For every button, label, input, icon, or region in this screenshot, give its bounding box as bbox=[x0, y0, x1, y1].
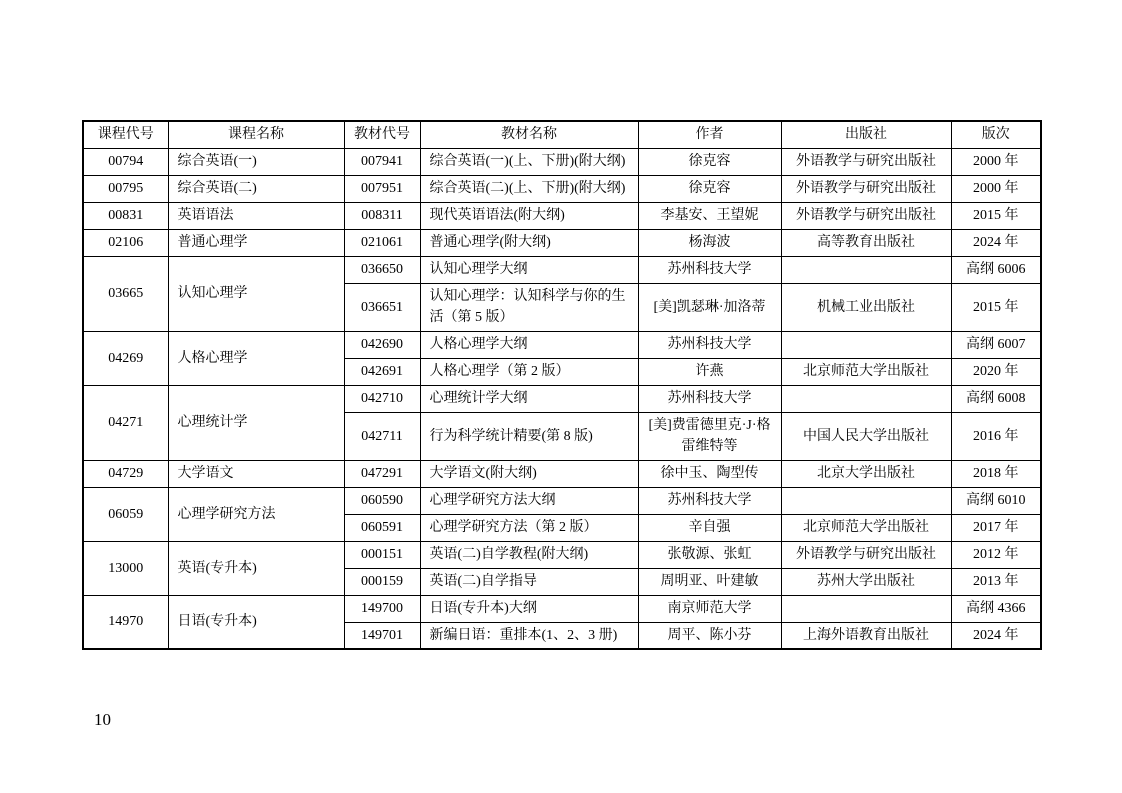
book-code-cell: 042711 bbox=[344, 412, 420, 460]
book-code-cell: 000151 bbox=[344, 541, 420, 568]
author-cell: 许燕 bbox=[638, 358, 781, 385]
course-name-cell: 普通心理学 bbox=[168, 229, 344, 256]
publisher-cell: 中国人民大学出版社 bbox=[781, 412, 951, 460]
author-cell: 苏州科技大学 bbox=[638, 256, 781, 283]
book-code-cell: 021061 bbox=[344, 229, 420, 256]
author-cell: 南京师范大学 bbox=[638, 595, 781, 622]
edition-cell: 2012 年 bbox=[951, 541, 1041, 568]
edition-cell: 2017 年 bbox=[951, 514, 1041, 541]
table-row: 13000英语(专升本)000151英语(二)自学教程(附大纲)张敬源、张虹外语… bbox=[83, 541, 1041, 568]
publisher-cell: 外语教学与研究出版社 bbox=[781, 148, 951, 175]
table-row: 00794综合英语(一)007941综合英语(一)(上、下册)(附大纲)徐克容外… bbox=[83, 148, 1041, 175]
course-name-cell: 英语(专升本) bbox=[168, 541, 344, 595]
edition-cell: 高纲 6010 bbox=[951, 487, 1041, 514]
header-edition: 版次 bbox=[951, 121, 1041, 148]
course-code-cell: 06059 bbox=[83, 487, 168, 541]
course-code-cell: 14970 bbox=[83, 595, 168, 649]
publisher-cell bbox=[781, 487, 951, 514]
edition-cell: 2024 年 bbox=[951, 229, 1041, 256]
document-page: 课程代号 课程名称 教材代号 教材名称 作者 出版社 版次 00794综合英语(… bbox=[0, 0, 1122, 793]
book-code-cell: 007951 bbox=[344, 175, 420, 202]
book-title-cell: 英语(二)自学指导 bbox=[420, 568, 638, 595]
book-title-cell: 人格心理学大纲 bbox=[420, 331, 638, 358]
publisher-cell: 机械工业出版社 bbox=[781, 283, 951, 331]
course-code-cell: 00794 bbox=[83, 148, 168, 175]
edition-cell: 2020 年 bbox=[951, 358, 1041, 385]
publisher-cell: 北京大学出版社 bbox=[781, 460, 951, 487]
book-title-cell: 认知心理学：认知科学与你的生活（第 5 版） bbox=[420, 283, 638, 331]
book-code-cell: 149701 bbox=[344, 622, 420, 649]
course-code-cell: 02106 bbox=[83, 229, 168, 256]
book-title-cell: 行为科学统计精要(第 8 版) bbox=[420, 412, 638, 460]
book-code-cell: 036650 bbox=[344, 256, 420, 283]
author-cell: 张敬源、张虹 bbox=[638, 541, 781, 568]
header-author: 作者 bbox=[638, 121, 781, 148]
publisher-cell: 高等教育出版社 bbox=[781, 229, 951, 256]
course-code-cell: 04271 bbox=[83, 385, 168, 460]
publisher-cell bbox=[781, 385, 951, 412]
book-code-cell: 060590 bbox=[344, 487, 420, 514]
book-code-cell: 047291 bbox=[344, 460, 420, 487]
book-title-cell: 大学语文(附大纲) bbox=[420, 460, 638, 487]
course-code-cell: 00831 bbox=[83, 202, 168, 229]
edition-cell: 2000 年 bbox=[951, 175, 1041, 202]
course-name-cell: 大学语文 bbox=[168, 460, 344, 487]
book-title-cell: 心理学研究方法（第 2 版） bbox=[420, 514, 638, 541]
course-name-cell: 综合英语(二) bbox=[168, 175, 344, 202]
table-row: 00831英语语法008311现代英语语法(附大纲)李基安、王望妮外语教学与研究… bbox=[83, 202, 1041, 229]
publisher-cell: 北京师范大学出版社 bbox=[781, 514, 951, 541]
edition-cell: 高纲 4366 bbox=[951, 595, 1041, 622]
header-book-code: 教材代号 bbox=[344, 121, 420, 148]
course-code-cell: 00795 bbox=[83, 175, 168, 202]
author-cell: 徐克容 bbox=[638, 175, 781, 202]
book-code-cell: 060591 bbox=[344, 514, 420, 541]
author-cell: 李基安、王望妮 bbox=[638, 202, 781, 229]
author-cell: 苏州科技大学 bbox=[638, 487, 781, 514]
book-title-cell: 人格心理学（第 2 版） bbox=[420, 358, 638, 385]
book-title-cell: 现代英语语法(附大纲) bbox=[420, 202, 638, 229]
table-row: 06059心理学研究方法060590心理学研究方法大纲苏州科技大学高纲 6010 bbox=[83, 487, 1041, 514]
table-row: 00795综合英语(二)007951综合英语(二)(上、下册)(附大纲)徐克容外… bbox=[83, 175, 1041, 202]
book-code-cell: 000159 bbox=[344, 568, 420, 595]
book-title-cell: 综合英语(二)(上、下册)(附大纲) bbox=[420, 175, 638, 202]
publisher-cell bbox=[781, 256, 951, 283]
textbook-table-body: 00794综合英语(一)007941综合英语(一)(上、下册)(附大纲)徐克容外… bbox=[83, 148, 1041, 649]
book-title-cell: 综合英语(一)(上、下册)(附大纲) bbox=[420, 148, 638, 175]
publisher-cell bbox=[781, 595, 951, 622]
publisher-cell: 北京师范大学出版社 bbox=[781, 358, 951, 385]
author-cell: 徐中玉、陶型传 bbox=[638, 460, 781, 487]
author-cell: 周平、陈小芬 bbox=[638, 622, 781, 649]
author-cell: 徐克容 bbox=[638, 148, 781, 175]
table-row: 04729大学语文047291大学语文(附大纲)徐中玉、陶型传北京大学出版社20… bbox=[83, 460, 1041, 487]
course-name-cell: 认知心理学 bbox=[168, 256, 344, 331]
page-number: 10 bbox=[94, 710, 111, 730]
course-name-cell: 心理学研究方法 bbox=[168, 487, 344, 541]
course-name-cell: 日语(专升本) bbox=[168, 595, 344, 649]
header-book-title: 教材名称 bbox=[420, 121, 638, 148]
book-title-cell: 英语(二)自学教程(附大纲) bbox=[420, 541, 638, 568]
book-code-cell: 042691 bbox=[344, 358, 420, 385]
table-header-row: 课程代号 课程名称 教材代号 教材名称 作者 出版社 版次 bbox=[83, 121, 1041, 148]
author-cell: [美]费雷德里克·J·格雷维特等 bbox=[638, 412, 781, 460]
course-code-cell: 04269 bbox=[83, 331, 168, 385]
course-code-cell: 03665 bbox=[83, 256, 168, 331]
textbook-table: 课程代号 课程名称 教材代号 教材名称 作者 出版社 版次 00794综合英语(… bbox=[82, 120, 1042, 650]
book-title-cell: 心理学研究方法大纲 bbox=[420, 487, 638, 514]
book-code-cell: 042690 bbox=[344, 331, 420, 358]
author-cell: 周明亚、叶建敏 bbox=[638, 568, 781, 595]
table-row: 04269人格心理学042690人格心理学大纲苏州科技大学高纲 6007 bbox=[83, 331, 1041, 358]
edition-cell: 高纲 6006 bbox=[951, 256, 1041, 283]
book-title-cell: 认知心理学大纲 bbox=[420, 256, 638, 283]
book-title-cell: 新编日语：重排本(1、2、3 册) bbox=[420, 622, 638, 649]
header-publisher: 出版社 bbox=[781, 121, 951, 148]
header-course-name: 课程名称 bbox=[168, 121, 344, 148]
course-name-cell: 心理统计学 bbox=[168, 385, 344, 460]
publisher-cell: 外语教学与研究出版社 bbox=[781, 202, 951, 229]
book-title-cell: 普通心理学(附大纲) bbox=[420, 229, 638, 256]
table-row: 04271心理统计学042710心理统计学大纲苏州科技大学高纲 6008 bbox=[83, 385, 1041, 412]
book-code-cell: 007941 bbox=[344, 148, 420, 175]
author-cell: [美]凯瑟琳·加洛蒂 bbox=[638, 283, 781, 331]
publisher-cell: 外语教学与研究出版社 bbox=[781, 541, 951, 568]
edition-cell: 高纲 6008 bbox=[951, 385, 1041, 412]
book-code-cell: 036651 bbox=[344, 283, 420, 331]
book-code-cell: 042710 bbox=[344, 385, 420, 412]
book-code-cell: 008311 bbox=[344, 202, 420, 229]
author-cell: 苏州科技大学 bbox=[638, 385, 781, 412]
author-cell: 杨海波 bbox=[638, 229, 781, 256]
edition-cell: 2000 年 bbox=[951, 148, 1041, 175]
publisher-cell: 上海外语教育出版社 bbox=[781, 622, 951, 649]
edition-cell: 2024 年 bbox=[951, 622, 1041, 649]
course-code-cell: 13000 bbox=[83, 541, 168, 595]
edition-cell: 2018 年 bbox=[951, 460, 1041, 487]
publisher-cell: 外语教学与研究出版社 bbox=[781, 175, 951, 202]
edition-cell: 2015 年 bbox=[951, 283, 1041, 331]
table-row: 14970日语(专升本)149700日语(专升本)大纲南京师范大学高纲 4366 bbox=[83, 595, 1041, 622]
table-row: 03665认知心理学036650认知心理学大纲苏州科技大学高纲 6006 bbox=[83, 256, 1041, 283]
publisher-cell: 苏州大学出版社 bbox=[781, 568, 951, 595]
course-name-cell: 综合英语(一) bbox=[168, 148, 344, 175]
book-code-cell: 149700 bbox=[344, 595, 420, 622]
book-title-cell: 日语(专升本)大纲 bbox=[420, 595, 638, 622]
course-name-cell: 人格心理学 bbox=[168, 331, 344, 385]
edition-cell: 2016 年 bbox=[951, 412, 1041, 460]
edition-cell: 高纲 6007 bbox=[951, 331, 1041, 358]
header-course-code: 课程代号 bbox=[83, 121, 168, 148]
course-name-cell: 英语语法 bbox=[168, 202, 344, 229]
publisher-cell bbox=[781, 331, 951, 358]
edition-cell: 2015 年 bbox=[951, 202, 1041, 229]
author-cell: 辛自强 bbox=[638, 514, 781, 541]
course-code-cell: 04729 bbox=[83, 460, 168, 487]
author-cell: 苏州科技大学 bbox=[638, 331, 781, 358]
table-row: 02106普通心理学021061普通心理学(附大纲)杨海波高等教育出版社2024… bbox=[83, 229, 1041, 256]
edition-cell: 2013 年 bbox=[951, 568, 1041, 595]
book-title-cell: 心理统计学大纲 bbox=[420, 385, 638, 412]
